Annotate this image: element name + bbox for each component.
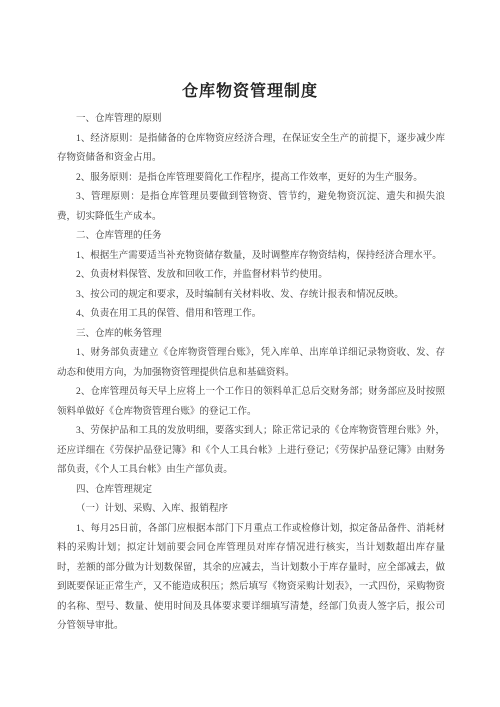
paragraph: 4、负责在用工具的保管、借用和管理工作。: [57, 305, 445, 325]
paragraph: 1、根据生产需要适当补充物资储存数量，及时调整库存物资结构，保持经济合理水平。: [57, 247, 445, 267]
subsection-heading: （一）计划、采购、入库、报销程序: [57, 500, 445, 520]
document-title: 仓库物资管理制度: [0, 0, 500, 104]
paragraph: 1、每月25日前，各部门应根据本部门下月重点工作或检修计划，拟定备品备件、消耗材…: [57, 520, 445, 637]
section-heading: 三、仓库的帐务管理: [57, 325, 445, 345]
section-heading: 四、仓库管理规定: [57, 481, 445, 501]
paragraph: 3、劳保护品和工具的发放明细，要落实到人；除正常记录的《仓库物资管理台账》外，还…: [57, 422, 445, 481]
paragraph: 3、按公司的规定和要求，及时编制有关材料收、发、存统计报表和情况反映。: [57, 286, 445, 306]
document-body: 一、仓库管理的原则 1、经济原则：是指储备的仓库物资应经济合理，在保证安全生产的…: [57, 110, 445, 637]
paragraph: 2、服务原则：是指仓库管理要简化工作程序，提高工作效率，更好的为生产服务。: [57, 169, 445, 189]
section-heading: 二、仓库管理的任务: [57, 227, 445, 247]
section-heading: 一、仓库管理的原则: [57, 110, 445, 130]
paragraph: 1、财务部负责建立《仓库物资管理台账》，凭入库单、出库单详细记录物资收、发、存动…: [57, 344, 445, 383]
paragraph: 2、仓库管理员每天早上应将上一个工作日的领料单汇总后交财务部；财务部应及时按照领…: [57, 383, 445, 422]
document-page: 仓库物资管理制度 一、仓库管理的原则 1、经济原则：是指储备的仓库物资应经济合理…: [0, 0, 500, 707]
paragraph: 2、负责材料保管、发放和回收工作，并监督材料节约使用。: [57, 266, 445, 286]
paragraph: 3、管理原则：是指仓库管理员要做到管物资、管节约，避免物资沉淀、遗失和损失浪费，…: [57, 188, 445, 227]
paragraph: 1、经济原则：是指储备的仓库物资应经济合理，在保证安全生产的前提下，逐步减少库存…: [57, 130, 445, 169]
